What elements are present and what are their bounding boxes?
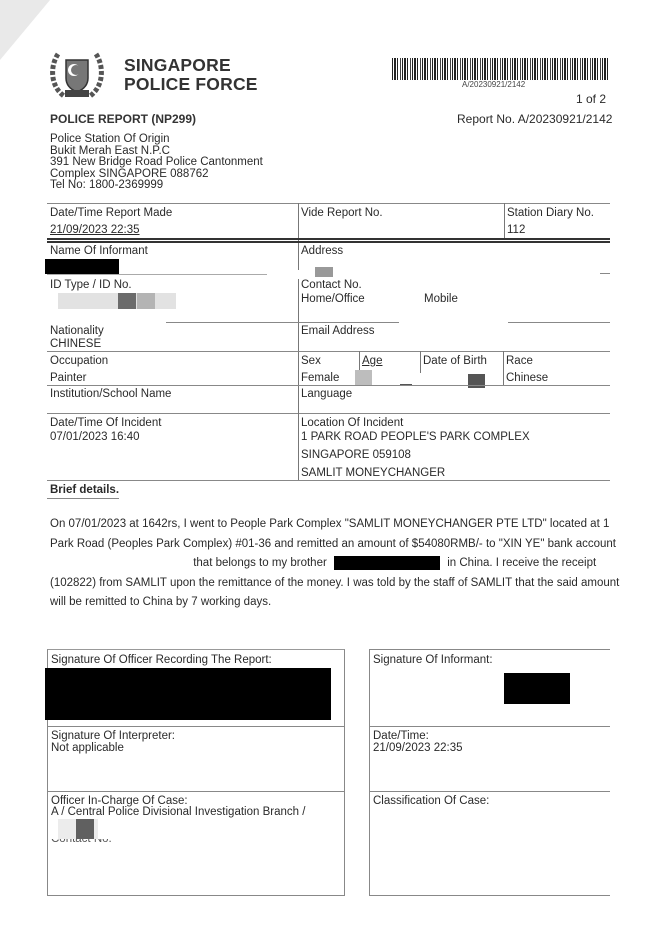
station-diary-no-value: 112 — [507, 224, 525, 237]
divider — [503, 351, 504, 385]
officer-name-redaction-dark — [76, 819, 94, 839]
org-name: SINGAPORE POLICE FORCE — [124, 56, 258, 94]
location-incident-line: 1 PARK ROAD PEOPLE'S PARK COMPLEX — [301, 431, 530, 444]
officer-in-charge-value: A / Central Police Divisional Investigat… — [51, 807, 305, 819]
vide-report-no-label: Vide Report No. — [301, 207, 383, 220]
race-label: Race — [506, 355, 533, 368]
id-number-redaction-mid — [137, 293, 155, 309]
divider — [47, 480, 610, 481]
station-label: Police Station Of Origin — [50, 134, 263, 146]
sex-value: Female — [301, 372, 339, 385]
occupation-value: Painter — [50, 372, 86, 385]
station-of-origin: Police Station Of Origin Bukit Merah Eas… — [50, 134, 263, 192]
brief-text-part1: On 07/01/2023 at 1642rs, I went to Peopl… — [50, 518, 616, 550]
location-incident-line: SINGAPORE 059108 — [301, 449, 411, 462]
divider — [298, 413, 299, 480]
divider — [369, 791, 610, 792]
classification-label: Classification Of Case: — [373, 796, 489, 808]
divider — [369, 726, 610, 727]
brief-details-heading: Brief details. — [50, 484, 119, 497]
divider — [600, 273, 610, 274]
barcode-text: A/20230921/2142 — [462, 80, 525, 89]
document-title: POLICE REPORT (NP299) — [50, 112, 196, 126]
divider — [47, 498, 119, 499]
divider — [47, 413, 610, 414]
brother-name-redaction — [334, 556, 440, 570]
divider — [298, 203, 299, 270]
officer-signature-redaction — [45, 668, 331, 720]
language-label: Language — [301, 388, 352, 401]
age-label: Age — [362, 355, 382, 368]
datetime-incident-label: Date/Time Of Incident — [50, 417, 161, 430]
location-incident-line: SAMLIT MONEYCHANGER — [301, 467, 445, 480]
interpreter-label: Signature Of Interpreter: — [51, 731, 175, 743]
divider — [298, 279, 299, 414]
divider — [47, 791, 344, 792]
page-fold-shadow — [0, 0, 50, 60]
contact-no-label: Contact No. — [301, 279, 362, 292]
id-number-redaction — [58, 293, 176, 309]
datetime-report-made-label: Date/Time Report Made — [50, 207, 172, 220]
divider — [47, 385, 610, 386]
sex-label: Sex — [301, 355, 321, 368]
signature-box-right — [369, 649, 610, 896]
datetime-report-made-value: 21/09/2023 22:35 — [50, 224, 140, 237]
divider — [47, 351, 610, 352]
address-label: Address — [301, 245, 343, 258]
officer-recording-label: Signature Of Officer Recording The Repor… — [51, 654, 272, 667]
email-address-label: Email Address — [301, 325, 375, 338]
datetime-label: Date/Time: — [373, 731, 429, 743]
datetime-incident-value: 07/01/2023 16:40 — [50, 431, 140, 444]
org-name-line2: POLICE FORCE — [124, 75, 258, 94]
divider — [47, 241, 610, 243]
location-incident-label: Location Of Incident — [301, 417, 403, 430]
interpreter-value: Not applicable — [51, 743, 124, 755]
mobile-label: Mobile — [424, 293, 458, 306]
date-of-birth-label: Date of Birth — [423, 355, 487, 368]
divider — [420, 351, 421, 373]
divider — [47, 726, 344, 727]
station-diary-no-label: Station Diary No. — [507, 207, 594, 220]
divider — [47, 203, 610, 204]
station-line: 391 New Bridge Road Police Cantonment — [50, 157, 263, 169]
brief-details-text: On 07/01/2023 at 1642rs, I went to Peopl… — [50, 515, 620, 613]
informant-signature-label: Signature Of Informant: — [373, 654, 493, 667]
divider — [508, 322, 610, 323]
station-line: Tel No: 1800-2369999 — [50, 180, 263, 192]
divider — [47, 274, 267, 275]
page-indicator: 1 of 2 — [576, 92, 606, 106]
barcode — [392, 58, 610, 80]
datetime-value: 21/09/2023 22:35 — [373, 743, 463, 755]
nationality-label: Nationality — [50, 325, 104, 338]
divider — [47, 238, 610, 240]
age-redaction — [355, 370, 372, 386]
occupation-label: Occupation — [50, 355, 108, 368]
report-number: Report No. A/20230921/2142 — [457, 112, 612, 126]
institution-label: Institution/School Name — [50, 388, 171, 401]
divider — [359, 351, 360, 371]
divider — [504, 203, 505, 239]
address-redaction — [315, 267, 333, 277]
brief-text-part2: that belongs to my brother — [193, 557, 327, 569]
nationality-value: CHINESE — [50, 338, 101, 351]
informant-signature-redaction — [504, 673, 570, 704]
home-office-label: Home/Office — [301, 293, 365, 306]
informant-name-redaction — [45, 259, 119, 274]
id-type-label: ID Type / ID No. — [50, 279, 132, 292]
name-of-informant-label: Name Of Informant — [50, 245, 148, 258]
id-number-redaction-dark — [118, 293, 136, 309]
divider — [166, 322, 399, 323]
police-crest-icon — [48, 46, 106, 104]
race-value: Chinese — [506, 372, 548, 385]
org-name-line1: SINGAPORE — [124, 56, 258, 75]
